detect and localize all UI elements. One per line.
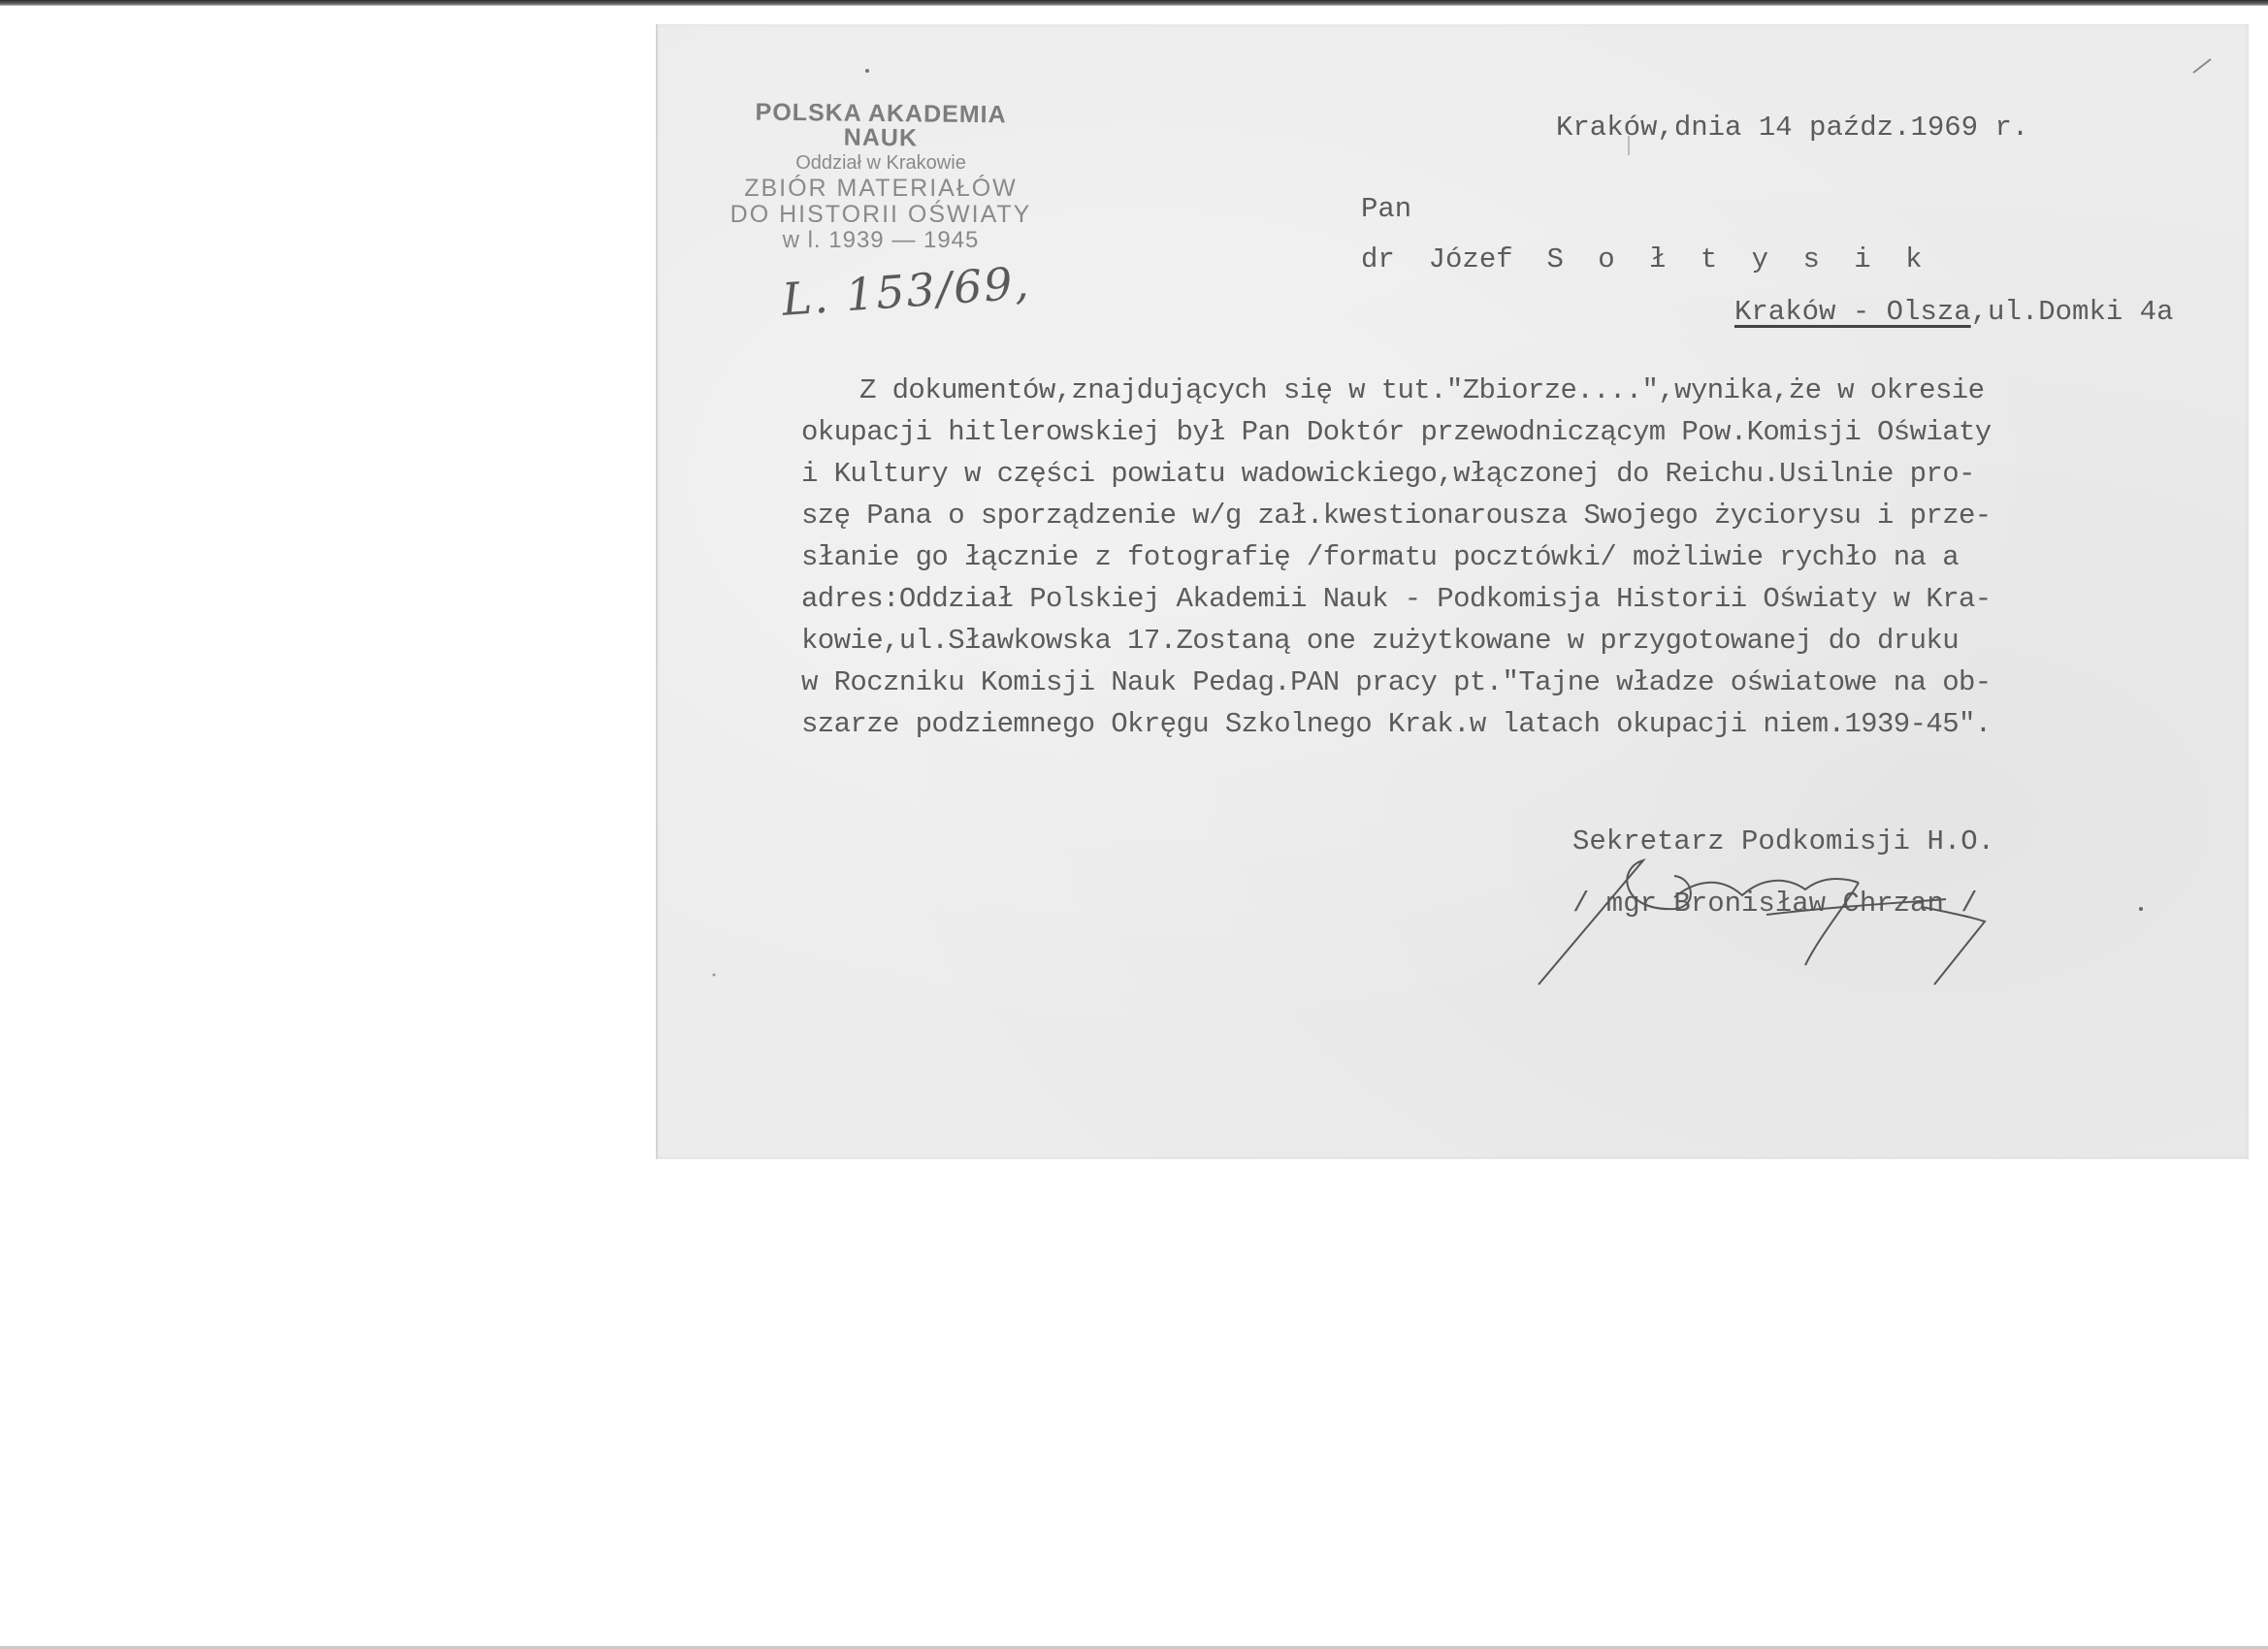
- stamp-line-collection: ZBIÓR MATERIAŁÓW: [726, 177, 1036, 201]
- signature-typed-name: / mgr Bronisław Chrzan /: [1572, 889, 1978, 918]
- stamp-line-subject: DO HISTORII OŚWIATY: [726, 203, 1036, 227]
- recipient-last-name: S o ł t y s i k: [1546, 243, 1930, 275]
- handwritten-signature: [1529, 839, 1994, 1004]
- body-line: słanie go łącznie z fotografię /formatu …: [801, 536, 2247, 578]
- body-line: i Kultury w części powiatu wadowickiego,…: [801, 453, 2247, 495]
- body-line: adres:Oddział Polskiej Akademii Nauk - P…: [801, 578, 2247, 620]
- scanner-top-edge: [0, 0, 2268, 6]
- stamp-line-years: w l. 1939 — 1945: [726, 229, 1036, 252]
- letter-body: Z dokumentów,znajdujących się w tut."Zbi…: [801, 370, 2247, 745]
- recipient-first-name: Józef: [1429, 243, 1513, 275]
- institution-stamp: POLSKA AKADEMIA NAUK Oddział w Krakowie …: [726, 102, 1036, 252]
- recipient-salutation: Pan: [1361, 195, 1411, 223]
- handwritten-reference-number: L. 153/69,: [780, 256, 1031, 326]
- body-line: w Roczniku Komisji Nauk Pedag.PAN pracy …: [801, 662, 2247, 703]
- address-city: Kraków - Olsza: [1734, 296, 1971, 328]
- recipient-address: Kraków - Olsza,ul.Domki 4a: [1734, 298, 2173, 326]
- stamp-line-academy: POLSKA AKADEMIA NAUK: [726, 100, 1037, 151]
- recipient-title: dr: [1361, 243, 1395, 275]
- body-line: szę Pana o sporządzenie w/g zał.kwestion…: [801, 495, 2247, 536]
- letter-paper: POLSKA AKADEMIA NAUK Oddział w Krakowie …: [656, 24, 2249, 1159]
- recipient-name: dr Józef S o ł t y s i k: [1361, 245, 1931, 274]
- date-line: Kraków,dnia 14 paźdz.1969 r.: [1556, 113, 2028, 142]
- body-line: kowie,ul.Sławkowska 17.Zostaną one zużyt…: [801, 620, 2247, 662]
- body-line: Z dokumentów,znajdujących się w tut."Zbi…: [801, 370, 2247, 411]
- paper-edge: [656, 24, 658, 1159]
- body-line: szarze podziemnego Okręgu Szkolnego Krak…: [801, 703, 2247, 745]
- stamp-line-branch: Oddział w Krakowie: [726, 153, 1036, 173]
- address-street: ,ul.Domki 4a: [1971, 296, 2174, 328]
- body-line: okupacji hitlerowskiej był Pan Doktór pr…: [801, 411, 2247, 453]
- signature-title: Sekretarz Podkomisji H.O.: [1572, 827, 1994, 856]
